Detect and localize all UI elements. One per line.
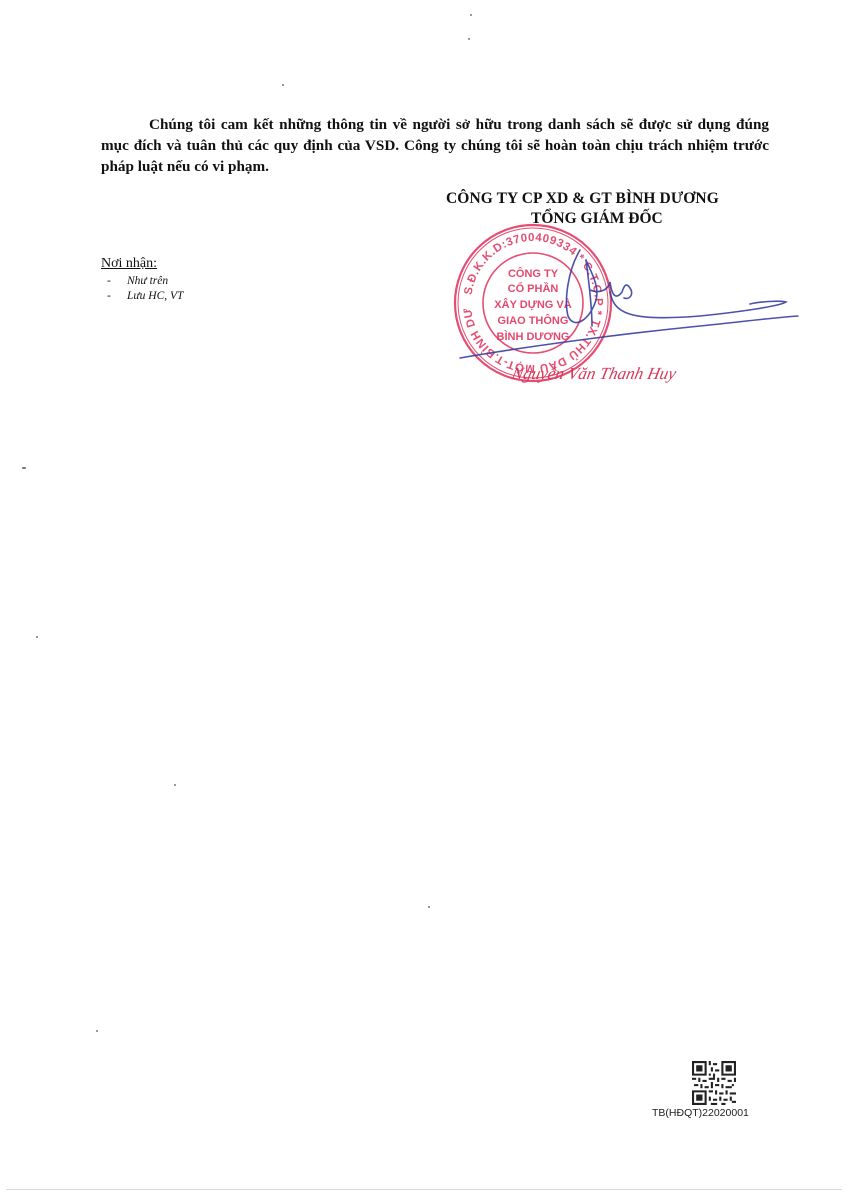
scan-speck <box>468 38 470 40</box>
scan-speck <box>22 467 26 469</box>
page-bottom-divider <box>6 1189 842 1190</box>
recipients-list: -Như trên -Lưu HC, VT <box>101 274 183 304</box>
scan-speck <box>36 636 38 638</box>
signer-name: Nguyễn Văn Thanh Huy <box>510 364 678 384</box>
commitment-paragraph: Chúng tôi cam kết những thông tin về ngư… <box>101 114 769 177</box>
recipient-item: -Lưu HC, VT <box>101 289 183 304</box>
document-code: TB(HĐQT)22020001 <box>652 1107 749 1119</box>
handwritten-signature-icon <box>440 230 800 370</box>
scan-speck <box>428 906 430 908</box>
scan-speck <box>282 84 284 86</box>
recipients-label: Nơi nhận: <box>101 256 183 272</box>
scan-speck <box>96 1030 98 1032</box>
recipients-block: Nơi nhận: -Như trên -Lưu HC, VT <box>101 256 183 304</box>
qr-code-icon <box>692 1061 736 1105</box>
company-name: CÔNG TY CP XD & GT BÌNH DƯƠNG <box>446 190 719 208</box>
recipient-item: -Như trên <box>101 274 183 289</box>
scan-speck <box>470 14 472 16</box>
scan-speck <box>174 784 176 786</box>
